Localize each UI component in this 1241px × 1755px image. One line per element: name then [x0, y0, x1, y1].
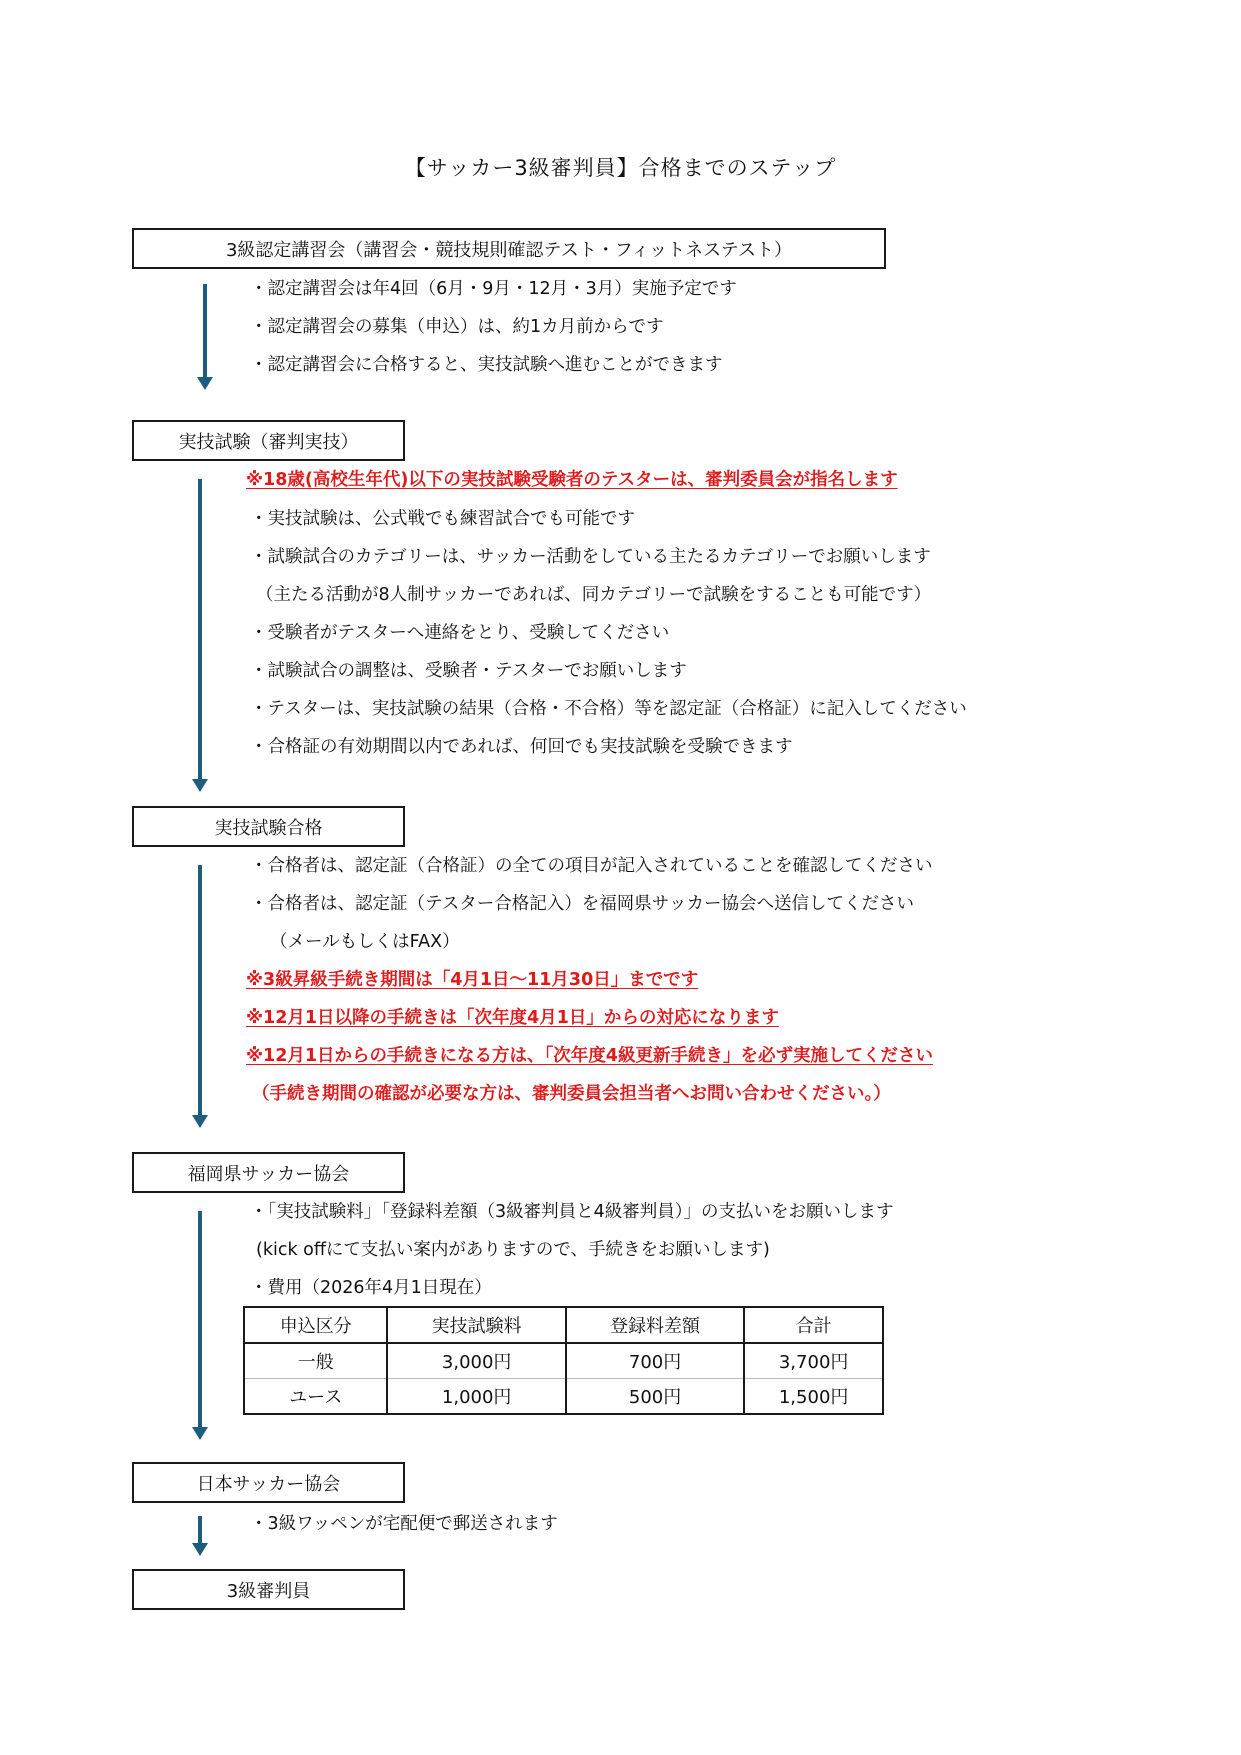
note-line: ・費用（2026年4月1日現在）: [250, 1274, 492, 1299]
note-line: ・テスターは、実技試験の結果（合格・不合格）等を認定証（合格証）に記入してくださ…: [250, 695, 967, 720]
step-label: 福岡県サッカー協会: [188, 1160, 350, 1186]
fee-table: 申込区分 実技試験料 登録料差額 合計 一般 3,000円 700円 3,700…: [243, 1306, 884, 1415]
step-box-fukuoka-fa: 福岡県サッカー協会: [132, 1152, 405, 1193]
step-label: 3級審判員: [227, 1577, 310, 1603]
note-line: ・合格証の有効期間以内であれば、何回でも実技試験を受験できます: [250, 733, 793, 758]
note-line: ・3級ワッペンが宅配便で郵送されます: [250, 1510, 558, 1535]
note-line: （主たる活動が8人制サッカーであれば、同カテゴリーで試験をすることも可能です）: [256, 581, 931, 606]
step-box-certification-course: 3級認定講習会（講習会・競技規則確認テスト・フィットネステスト）: [132, 228, 886, 269]
step-box-class3-referee: 3級審判員: [132, 1569, 405, 1610]
fee-table-row: ユース 1,000円 500円 1,500円: [244, 1379, 883, 1415]
step-box-exam-passed: 実技試験合格: [132, 806, 405, 847]
fee-table-header-row: 申込区分 実技試験料 登録料差額 合計: [244, 1307, 883, 1343]
fee-table-cell: 1,000円: [387, 1379, 565, 1415]
alert-line: ※12月1日以降の手続きは「次年度4月1日」からの対応になります: [246, 1004, 779, 1029]
step-label: 実技試験（審判実技）: [179, 428, 359, 454]
fee-table-cell: 500円: [566, 1379, 744, 1415]
fee-table-cell: 3,700円: [744, 1343, 883, 1379]
fee-table-cell: ユース: [244, 1379, 387, 1415]
note-line: ・認定講習会は年4回（6月・9月・12月・3月）実施予定です: [250, 275, 737, 300]
fee-table-row: 一般 3,000円 700円 3,700円: [244, 1343, 883, 1379]
step-label: 日本サッカー協会: [197, 1470, 341, 1496]
fee-table-cell: 一般: [244, 1343, 387, 1379]
note-line: ・合格者は、認定証（テスター合格記入）を福岡県サッカー協会へ送信してください: [250, 890, 914, 915]
note-line: (kick offにて支払い案内がありますので、手続きをお願いします): [256, 1236, 770, 1261]
alert-line: （手続き期間の確認が必要な方は、審判委員会担当者へお問い合わせください。）: [252, 1080, 891, 1105]
step-label: 3級認定講習会（講習会・競技規則確認テスト・フィットネステスト）: [226, 236, 792, 262]
note-line: ・「実技試験料」「登録料差額（3級審判員と4級審判員）」の支払いをお願いします: [250, 1198, 894, 1223]
alert-line: ※18歳(高校生年代)以下の実技試験受験者のテスターは、審判委員会が指名します: [246, 466, 898, 491]
alert-line: ※3級昇級手続き期間は「4月1日～11月30日」までです: [246, 966, 698, 991]
fee-table-header: 合計: [744, 1307, 883, 1343]
fee-table-cell: 1,500円: [744, 1379, 883, 1415]
flow-arrow-icon: [198, 865, 202, 1116]
note-line: ・試験試合の調整は、受験者・テスターでお願いします: [250, 657, 687, 682]
alert-line: ※12月1日からの手続きになる方は、「次年度4級更新手続き」を必ず実施してくださ…: [246, 1042, 933, 1067]
fee-table-cell: 700円: [566, 1343, 744, 1379]
note-line: （メールもしくはFAX）: [270, 928, 460, 953]
note-line: ・試験試合のカテゴリーは、サッカー活動をしている主たるカテゴリーでお願いします: [250, 543, 931, 568]
flow-arrow-icon: [198, 1211, 202, 1428]
fee-table-header: 実技試験料: [387, 1307, 565, 1343]
fee-table-header: 登録料差額: [566, 1307, 744, 1343]
step-box-japan-fa: 日本サッカー協会: [132, 1462, 405, 1503]
note-line: ・認定講習会の募集（申込）は、約1カ月前からです: [250, 313, 663, 338]
note-line: ・合格者は、認定証（合格証）の全ての項目が記入されていることを確認してください: [250, 852, 933, 877]
step-label: 実技試験合格: [215, 814, 323, 840]
flow-arrow-icon: [198, 1516, 202, 1544]
note-line: ・実技試験は、公式戦でも練習試合でも可能です: [250, 505, 635, 530]
fee-table-cell: 3,000円: [387, 1343, 565, 1379]
note-line: ・受験者がテスターへ連絡をとり、受験してください: [250, 619, 669, 644]
step-box-practical-exam: 実技試験（審判実技）: [132, 420, 405, 461]
note-line: ・認定講習会に合格すると、実技試験へ進むことができます: [250, 351, 723, 376]
page-title: 【サッカー3級審判員】合格までのステップ: [0, 152, 1241, 182]
flow-arrow-icon: [203, 284, 207, 378]
fee-table-header: 申込区分: [244, 1307, 387, 1343]
flow-arrow-icon: [198, 479, 202, 780]
